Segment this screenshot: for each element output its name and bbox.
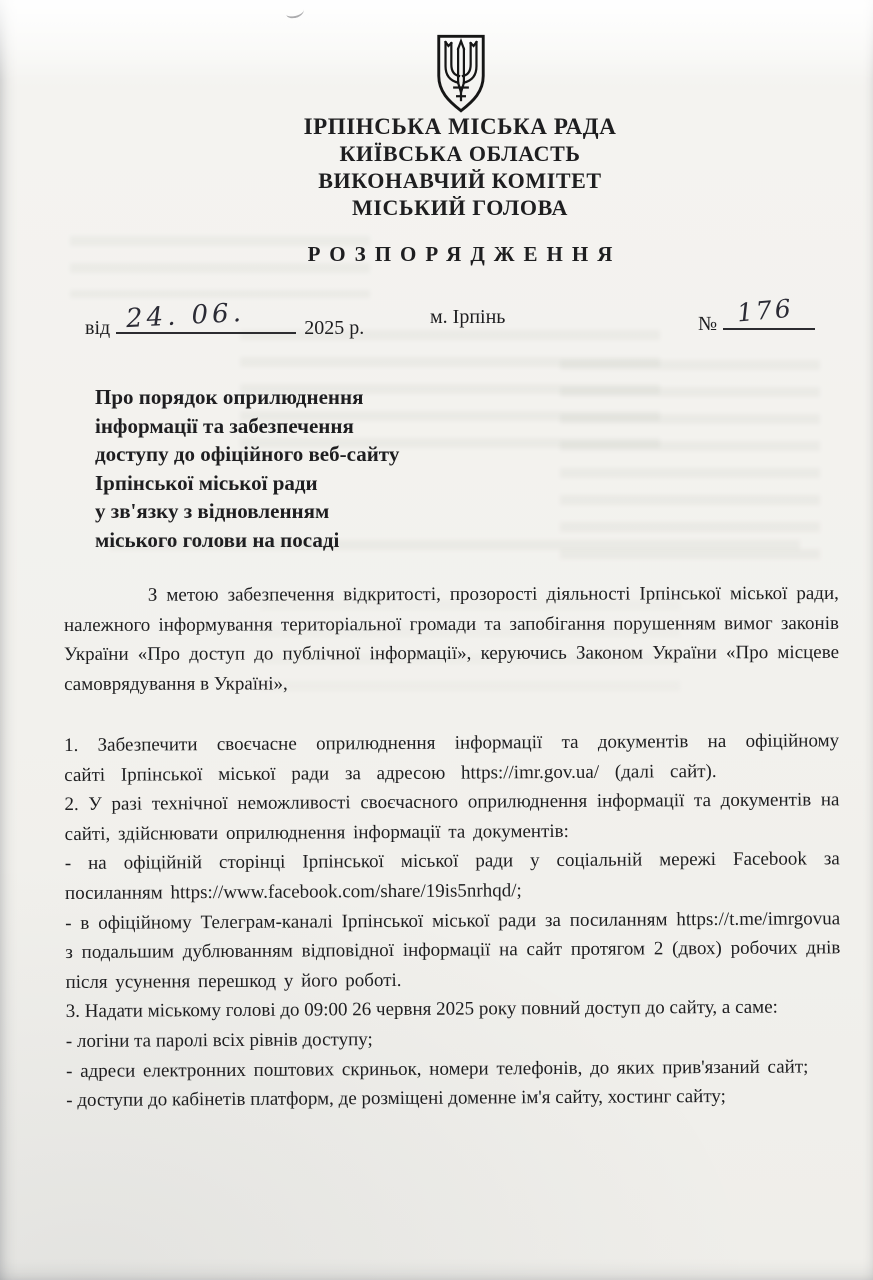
number-line: №176 xyxy=(698,302,815,336)
org-name: ІРПІНСЬКА МІСЬКА РАДА xyxy=(47,113,873,140)
body-paragraph: 2. У разі технічної неможливості своєчас… xyxy=(64,785,839,849)
body-paragraph: - в офіційному Телеграм-каналі Ірпінсько… xyxy=(65,904,841,998)
meta-row: від24. 06.2025 р. м. Ірпінь №176 xyxy=(0,300,873,344)
date-line: від24. 06.2025 р. xyxy=(85,306,364,340)
number-underline: 176 xyxy=(723,302,815,330)
mayor-label: МІСЬКИЙ ГОЛОВА xyxy=(47,194,873,221)
city-name: м. Ірпінь xyxy=(430,306,505,329)
body-paragraph: 1. Забезпечити своєчасне оприлюднення ін… xyxy=(64,726,839,790)
preamble-paragraph: З метою забезпечення відкритості, прозор… xyxy=(64,579,839,699)
body-text: 1. Забезпечити своєчасне оприлюднення ін… xyxy=(64,726,841,1115)
org-header: ІРПІНСЬКА МІСЬКА РАДА КИЇВСЬКА ОБЛАСТЬ В… xyxy=(47,113,873,221)
date-year: 2025 р. xyxy=(304,317,364,339)
body-paragraph: - адреси електронних поштових скриньок, … xyxy=(66,1052,841,1086)
subject-line: міського голови на посаді xyxy=(95,526,575,555)
trident-shield-icon xyxy=(432,32,490,116)
body-paragraph: - логіни та паролі всіх рівнів доступу; xyxy=(66,1022,841,1056)
subject-line: доступу до офіційного веб-сайту xyxy=(95,440,575,469)
handwritten-date: 24. 06. xyxy=(125,298,245,334)
number-label: № xyxy=(698,313,717,335)
bleed-through-ghost xyxy=(560,360,820,560)
handwritten-number: 176 xyxy=(736,294,795,328)
subject-line: Про порядок оприлюднення xyxy=(95,383,575,412)
scanned-page: ІРПІНСЬКА МІСЬКА РАДА КИЇВСЬКА ОБЛАСТЬ В… xyxy=(0,0,873,1280)
body-paragraph: 3. Надати міському голові до 09:00 26 че… xyxy=(66,993,841,1027)
coat-of-arms-icon xyxy=(432,32,490,116)
subject-line: у зв'язку з відновленням xyxy=(95,497,575,526)
executive-committee-label: ВИКОНАВЧИЙ КОМІТЕТ xyxy=(47,167,873,194)
date-prefix: від xyxy=(85,317,110,339)
subject-line: Ірпінської міської ради xyxy=(95,469,575,498)
body-paragraph: - доступи до кабінетів платформ, де розм… xyxy=(66,1081,841,1115)
date-underline: 24. 06. xyxy=(116,306,296,334)
body-paragraph: - на офіційній сторінці Ірпінської міськ… xyxy=(65,845,840,909)
subject-line: інформації та забезпечення xyxy=(95,412,575,441)
subject-block: Про порядок оприлюднення інформації та з… xyxy=(95,383,575,554)
document-type-title: РОЗПОРЯДЖЕННЯ xyxy=(47,242,873,267)
region-name: КИЇВСЬКА ОБЛАСТЬ xyxy=(47,140,873,167)
stray-pen-mark xyxy=(285,5,304,19)
